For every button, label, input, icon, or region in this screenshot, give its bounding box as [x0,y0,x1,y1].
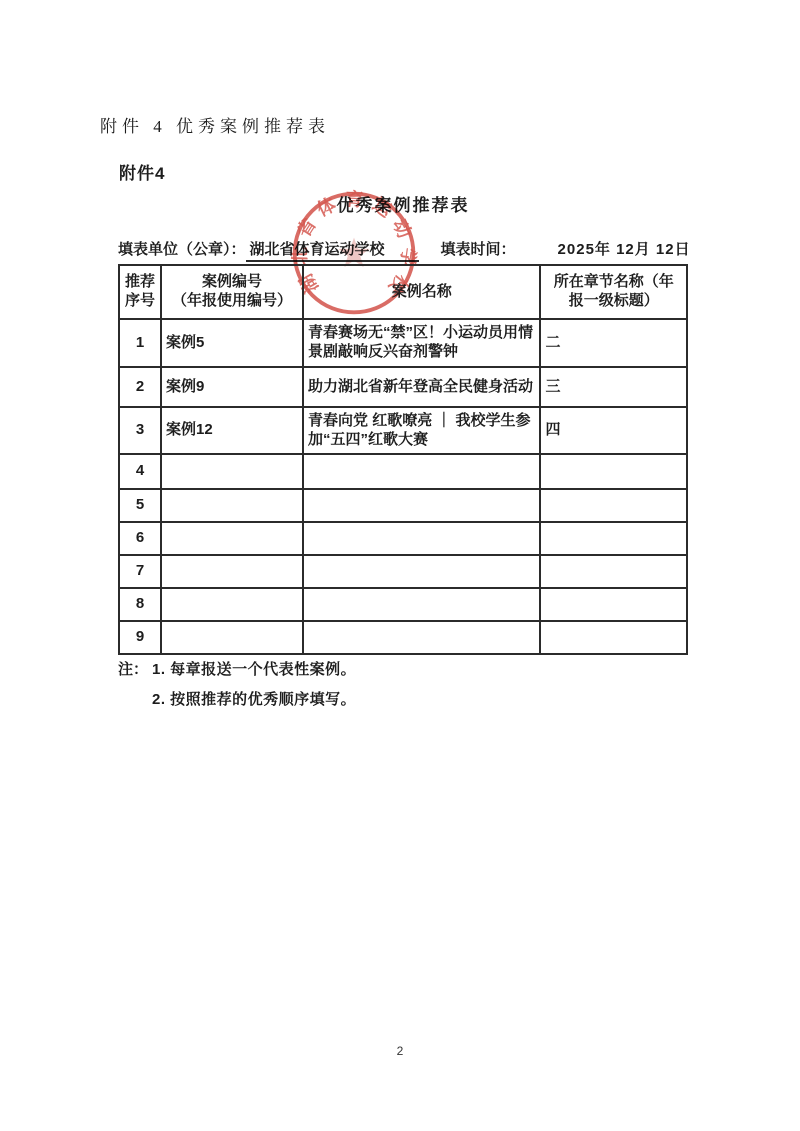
document-heading: 附件 4 优秀案例推荐表 [100,112,330,137]
notes-label: 注： [118,658,152,718]
cell-no: 9 [119,621,161,654]
cell-case-name [303,454,540,489]
header-case-id: 案例编号 （年报使用编号） [161,265,303,319]
cell-chapter [540,454,687,489]
cell-case-name: 青春赛场无“禁”区！小运动员用情景剧敲响反兴奋剂警钟 [303,319,540,367]
table-row: 7 [119,555,687,588]
cell-case-name [303,522,540,555]
cell-no: 7 [119,555,161,588]
cell-case-id [161,522,303,555]
table-row: 5 [119,489,687,522]
cell-case-name [303,555,540,588]
cell-case-id [161,555,303,588]
cell-case-id: 案例9 [161,367,303,407]
cell-case-name [303,588,540,621]
table-header-row: 推荐 序号 案例编号 （年报使用编号） 案例名称 所在章节名称（年 报一级标题） [119,265,687,319]
cell-chapter [540,588,687,621]
table-row: 4 [119,454,687,489]
cell-case-id: 案例12 [161,407,303,454]
table-row: 2 案例9 助力湖北省新年登高全民健身活动 三 [119,367,687,407]
table-row: 9 [119,621,687,654]
table-row: 1 案例5 青春赛场无“禁”区！小运动员用情景剧敲响反兴奋剂警钟 二 [119,319,687,367]
note-item: 1. 每章报送一个代表性案例。 [152,658,356,679]
cell-case-name [303,489,540,522]
cell-case-id [161,588,303,621]
table-row: 6 [119,522,687,555]
recommendation-table: 推荐 序号 案例编号 （年报使用编号） 案例名称 所在章节名称（年 报一级标题）… [118,264,688,655]
header-case-name: 案例名称 [303,265,540,319]
cell-no: 8 [119,588,161,621]
unit-value: 湖北省体育运动学校 [246,238,419,262]
cell-case-id [161,621,303,654]
page-number: 2 [0,1044,800,1058]
cell-case-id [161,489,303,522]
cell-case-id [161,454,303,489]
form-notes: 注： 1. 每章报送一个代表性案例。 2. 按照推荐的优秀顺序填写。 [118,658,356,718]
cell-no: 3 [119,407,161,454]
cell-chapter [540,489,687,522]
cell-case-name [303,621,540,654]
note-item: 2. 按照推荐的优秀顺序填写。 [152,688,356,709]
cell-chapter: 二 [540,319,687,367]
cell-case-name: 助力湖北省新年登高全民健身活动 [303,367,540,407]
cell-case-id: 案例5 [161,319,303,367]
form-info-line: 填表单位（公章）：湖北省体育运动学校填表时间：2025年 12月 12日 [118,238,688,262]
cell-no: 1 [119,319,161,367]
cell-chapter: 三 [540,367,687,407]
date-label: 填表时间： [441,238,516,259]
date-value: 2025年 12月 12日 [558,238,691,259]
table-row: 3 案例12 青春向党 红歌嘹亮 ｜ 我校学生参加“五四”红歌大赛 四 [119,407,687,454]
unit-label: 填表单位（公章）： [118,238,246,259]
cell-chapter [540,555,687,588]
cell-no: 5 [119,489,161,522]
table-row: 8 [119,588,687,621]
attachment-label: 附件4 [119,159,165,184]
cell-chapter [540,621,687,654]
cell-case-name: 青春向党 红歌嘹亮 ｜ 我校学生参加“五四”红歌大赛 [303,407,540,454]
cell-no: 6 [119,522,161,555]
cell-chapter: 四 [540,407,687,454]
cell-no: 2 [119,367,161,407]
header-recommend-no: 推荐 序号 [119,265,161,319]
form-title: 优秀案例推荐表 [118,191,688,216]
header-chapter: 所在章节名称（年 报一级标题） [540,265,687,319]
cell-no: 4 [119,454,161,489]
cell-chapter [540,522,687,555]
